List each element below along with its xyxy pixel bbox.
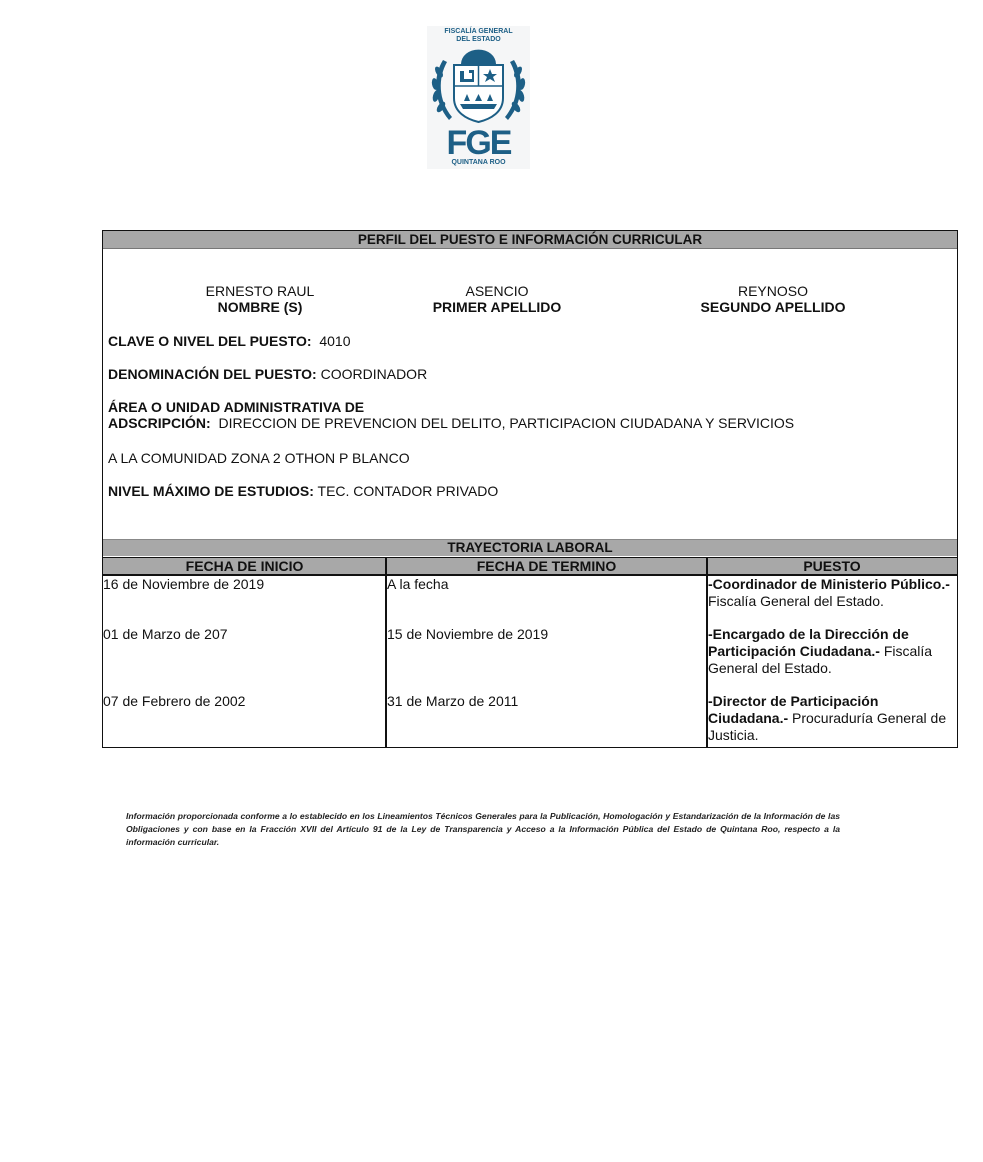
row2-inicio: 01 de Marzo de 207 <box>103 626 228 643</box>
row1-puesto: -Coordinador de Ministerio Público.- Fis… <box>708 576 958 610</box>
coat-of-arms-icon <box>427 46 530 128</box>
row2-puesto-title: -Encargado de la Dirección de Participac… <box>708 626 909 659</box>
fge-logo: FISCALÍA GENERAL DEL ESTADO FGE QU <box>427 26 530 169</box>
logo-acronym: FGE <box>427 126 530 160</box>
col-puesto: PUESTO <box>707 558 957 574</box>
row1-termino: A la fecha <box>387 576 449 593</box>
denominacion-value: COORDINADOR <box>321 366 428 382</box>
clave-label: CLAVE O NIVEL DEL PUESTO: <box>108 333 312 349</box>
estudios-value: TEC. CONTADOR PRIVADO <box>318 483 499 499</box>
first-surname-value: ASENCIO <box>397 283 597 299</box>
first-name-label: NOMBRE (S) <box>160 299 360 315</box>
col-fecha-termino: FECHA DE TERMINO <box>386 558 707 574</box>
clave-value: 4010 <box>319 333 350 349</box>
logo-top-line-1: FISCALÍA GENERAL <box>427 28 530 36</box>
first-name-value: ERNESTO RAUL <box>160 283 360 299</box>
profile-sheet: PERFIL DEL PUESTO E INFORMACIÓN CURRICUL… <box>102 230 958 748</box>
row3-termino: 31 de Marzo de 2011 <box>387 693 518 710</box>
trayectoria-title: TRAYECTORIA LABORAL <box>103 539 957 556</box>
clave-field: CLAVE O NIVEL DEL PUESTO: 4010 <box>108 333 351 349</box>
col-fecha-inicio: FECHA DE INICIO <box>103 558 386 574</box>
legal-footnote: Información proporcionada conforme a lo … <box>126 810 840 849</box>
first-surname-block: ASENCIO PRIMER APELLIDO <box>397 283 597 315</box>
area-value-line1: DIRECCION DE PREVENCION DEL DELITO, PART… <box>218 415 794 431</box>
area-label-line2: ADSCRIPCIÓN: <box>108 415 211 431</box>
denominacion-label: DENOMINACIÓN DEL PUESTO: <box>108 366 317 382</box>
logo-top-text: FISCALÍA GENERAL DEL ESTADO <box>427 28 530 44</box>
second-surname-value: REYNOSO <box>673 283 873 299</box>
row2-termino: 15 de Noviembre de 2019 <box>387 626 548 643</box>
first-surname-label: PRIMER APELLIDO <box>397 299 597 315</box>
row2-puesto: -Encargado de la Dirección de Participac… <box>708 626 958 677</box>
row1-inicio: 16 de Noviembre de 2019 <box>103 576 264 593</box>
profile-title: PERFIL DEL PUESTO E INFORMACIÓN CURRICUL… <box>103 231 957 249</box>
second-surname-block: REYNOSO SEGUNDO APELLIDO <box>673 283 873 315</box>
estudios-label: NIVEL MÁXIMO DE ESTUDIOS: <box>108 483 314 499</box>
second-surname-label: SEGUNDO APELLIDO <box>673 299 873 315</box>
row3-inicio: 07 de Febrero de 2002 <box>103 693 245 710</box>
logo-top-line-2: DEL ESTADO <box>427 36 530 44</box>
area-value-line2: A LA COMUNIDAD ZONA 2 OTHON P BLANCO <box>108 450 410 466</box>
trayectoria-header: FECHA DE INICIO FECHA DE TERMINO PUESTO <box>103 557 957 576</box>
estudios-field: NIVEL MÁXIMO DE ESTUDIOS: TEC. CONTADOR … <box>108 483 498 499</box>
denominacion-field: DENOMINACIÓN DEL PUESTO: COORDINADOR <box>108 366 427 382</box>
area-label-line1: ÁREA O UNIDAD ADMINISTRATIVA DE <box>108 399 364 415</box>
row1-puesto-title: -Coordinador de Ministerio Público.- <box>708 576 950 592</box>
name-block: ERNESTO RAUL NOMBRE (S) <box>160 283 360 315</box>
area-field: ÁREA O UNIDAD ADMINISTRATIVA DE ADSCRIPC… <box>108 399 794 431</box>
logo-bottom-text: QUINTANA ROO <box>427 159 530 167</box>
row1-puesto-institution: Fiscalía General del Estado. <box>708 593 884 609</box>
row3-puesto: -Director de Participación Ciudadana.- P… <box>708 693 958 744</box>
